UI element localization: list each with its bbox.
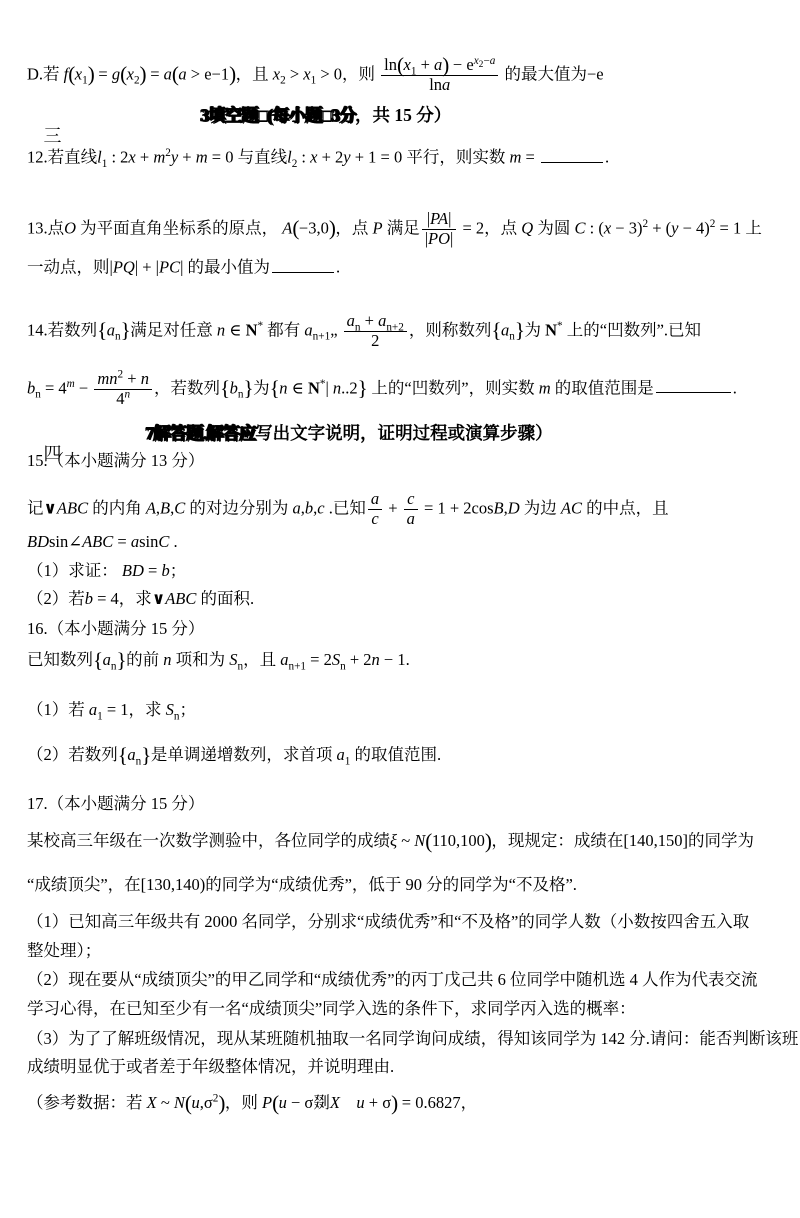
question-13-line1: 13.点O 为平面直角坐标系的原点， A(−3,0)，点 P 满足|PA||PO… xyxy=(27,210,762,249)
question-16-part2: （2）若数列{an}是单调递增数列，求首项 a1 的取值范围. xyxy=(27,744,441,765)
question-17-line1: 某校高三年级在一次数学测验中，各位同学的成绩ξ ~ N(110,100)，现规定… xyxy=(27,830,754,851)
question-17-part3-line2: 成绩明显优于或者差于年级整体情况，并说明理由. xyxy=(27,1056,394,1077)
question-17-part1-line2: 整处理）； xyxy=(27,940,101,961)
question-14-line1: 14.若数列{an}满足对任意 n ∈ N* 都有 an+1„ an + an+… xyxy=(27,312,701,351)
question-16-line1: 已知数列{an}的前 n 项和为 Sn，且 an+1 = 2Sn + 2n − … xyxy=(27,649,410,670)
question-17-line2: “成绩顶尖”，在[130,140)的同学为“成绩优秀”，低于 90 分的同学为“… xyxy=(27,874,577,895)
question-17-part1-line1: （1）已知高三年级共有 2000 名同学，分别求“成绩优秀”和“不及格”的同学人… xyxy=(27,911,749,932)
question-17-reference-data: （参考数据：若 X ~ N(u,σ2)，则 P(u − σ剟X u + σ) =… xyxy=(27,1092,477,1113)
question-16-header: 16.（本小题满分 15 分） xyxy=(27,618,204,639)
exam-page: D.若 f(x1) = g(x2) = a(a > e−1)，且 x2 > x1… xyxy=(0,0,800,1218)
question-15-header: 15.（本小题满分 13 分） xyxy=(27,450,204,471)
question-17-header: 17.（本小题满分 15 分） xyxy=(27,793,204,814)
choice-d-line: D.若 f(x1) = g(x2) = a(a > e−1)，且 x2 > x1… xyxy=(27,56,604,95)
section4-title: 7解答题.解答应写出文字说明，证明过程或演算步骤） xyxy=(145,422,553,445)
question-17-part3-line1: （3）为了了解班级情况，现从某班随机抽取一名同学询问成绩，得知该同学为 142 … xyxy=(27,1028,798,1049)
question-15-part2: （2）若b = 4，求∨ABC 的面积. xyxy=(27,588,254,609)
question-13-line2: 一动点，则|PQ| + |PC| 的最小值为. xyxy=(27,256,340,278)
question-15-part1: （1）求证： BD = b； xyxy=(27,560,186,581)
question-15-line1: 记∨ABC 的内角 A,B,C 的对边分别为 a,b,c .已知ac + ca … xyxy=(27,490,669,529)
section3-number: 三 xyxy=(44,126,62,146)
question-12: 12.若直线l1 : 2x + m2y + m = 0 与直线l2 : x + … xyxy=(27,146,609,168)
question-15-line2: BDsin∠ABC = asinC . xyxy=(27,531,178,552)
question-17-part2-line2: 学习心得，在已知至少有一名“成绩顶尖”同学入选的条件下，求同学丙入选的概率： xyxy=(27,998,636,1019)
question-16-part1: （1）若 a1 = 1，求 Sn； xyxy=(27,699,196,720)
section3-title: 3填空题□(每小题□3分，共 15 分） xyxy=(200,104,451,127)
question-14-line2: bn = 4m − mn2 + n4n，若数列{bn}为{n ∈ N*| n..… xyxy=(27,370,737,409)
question-17-part2-line1: （2）现在要从“成绩顶尖”的甲乙同学和“成绩优秀”的丙丁戊己共 6 位同学中随机… xyxy=(27,969,758,990)
